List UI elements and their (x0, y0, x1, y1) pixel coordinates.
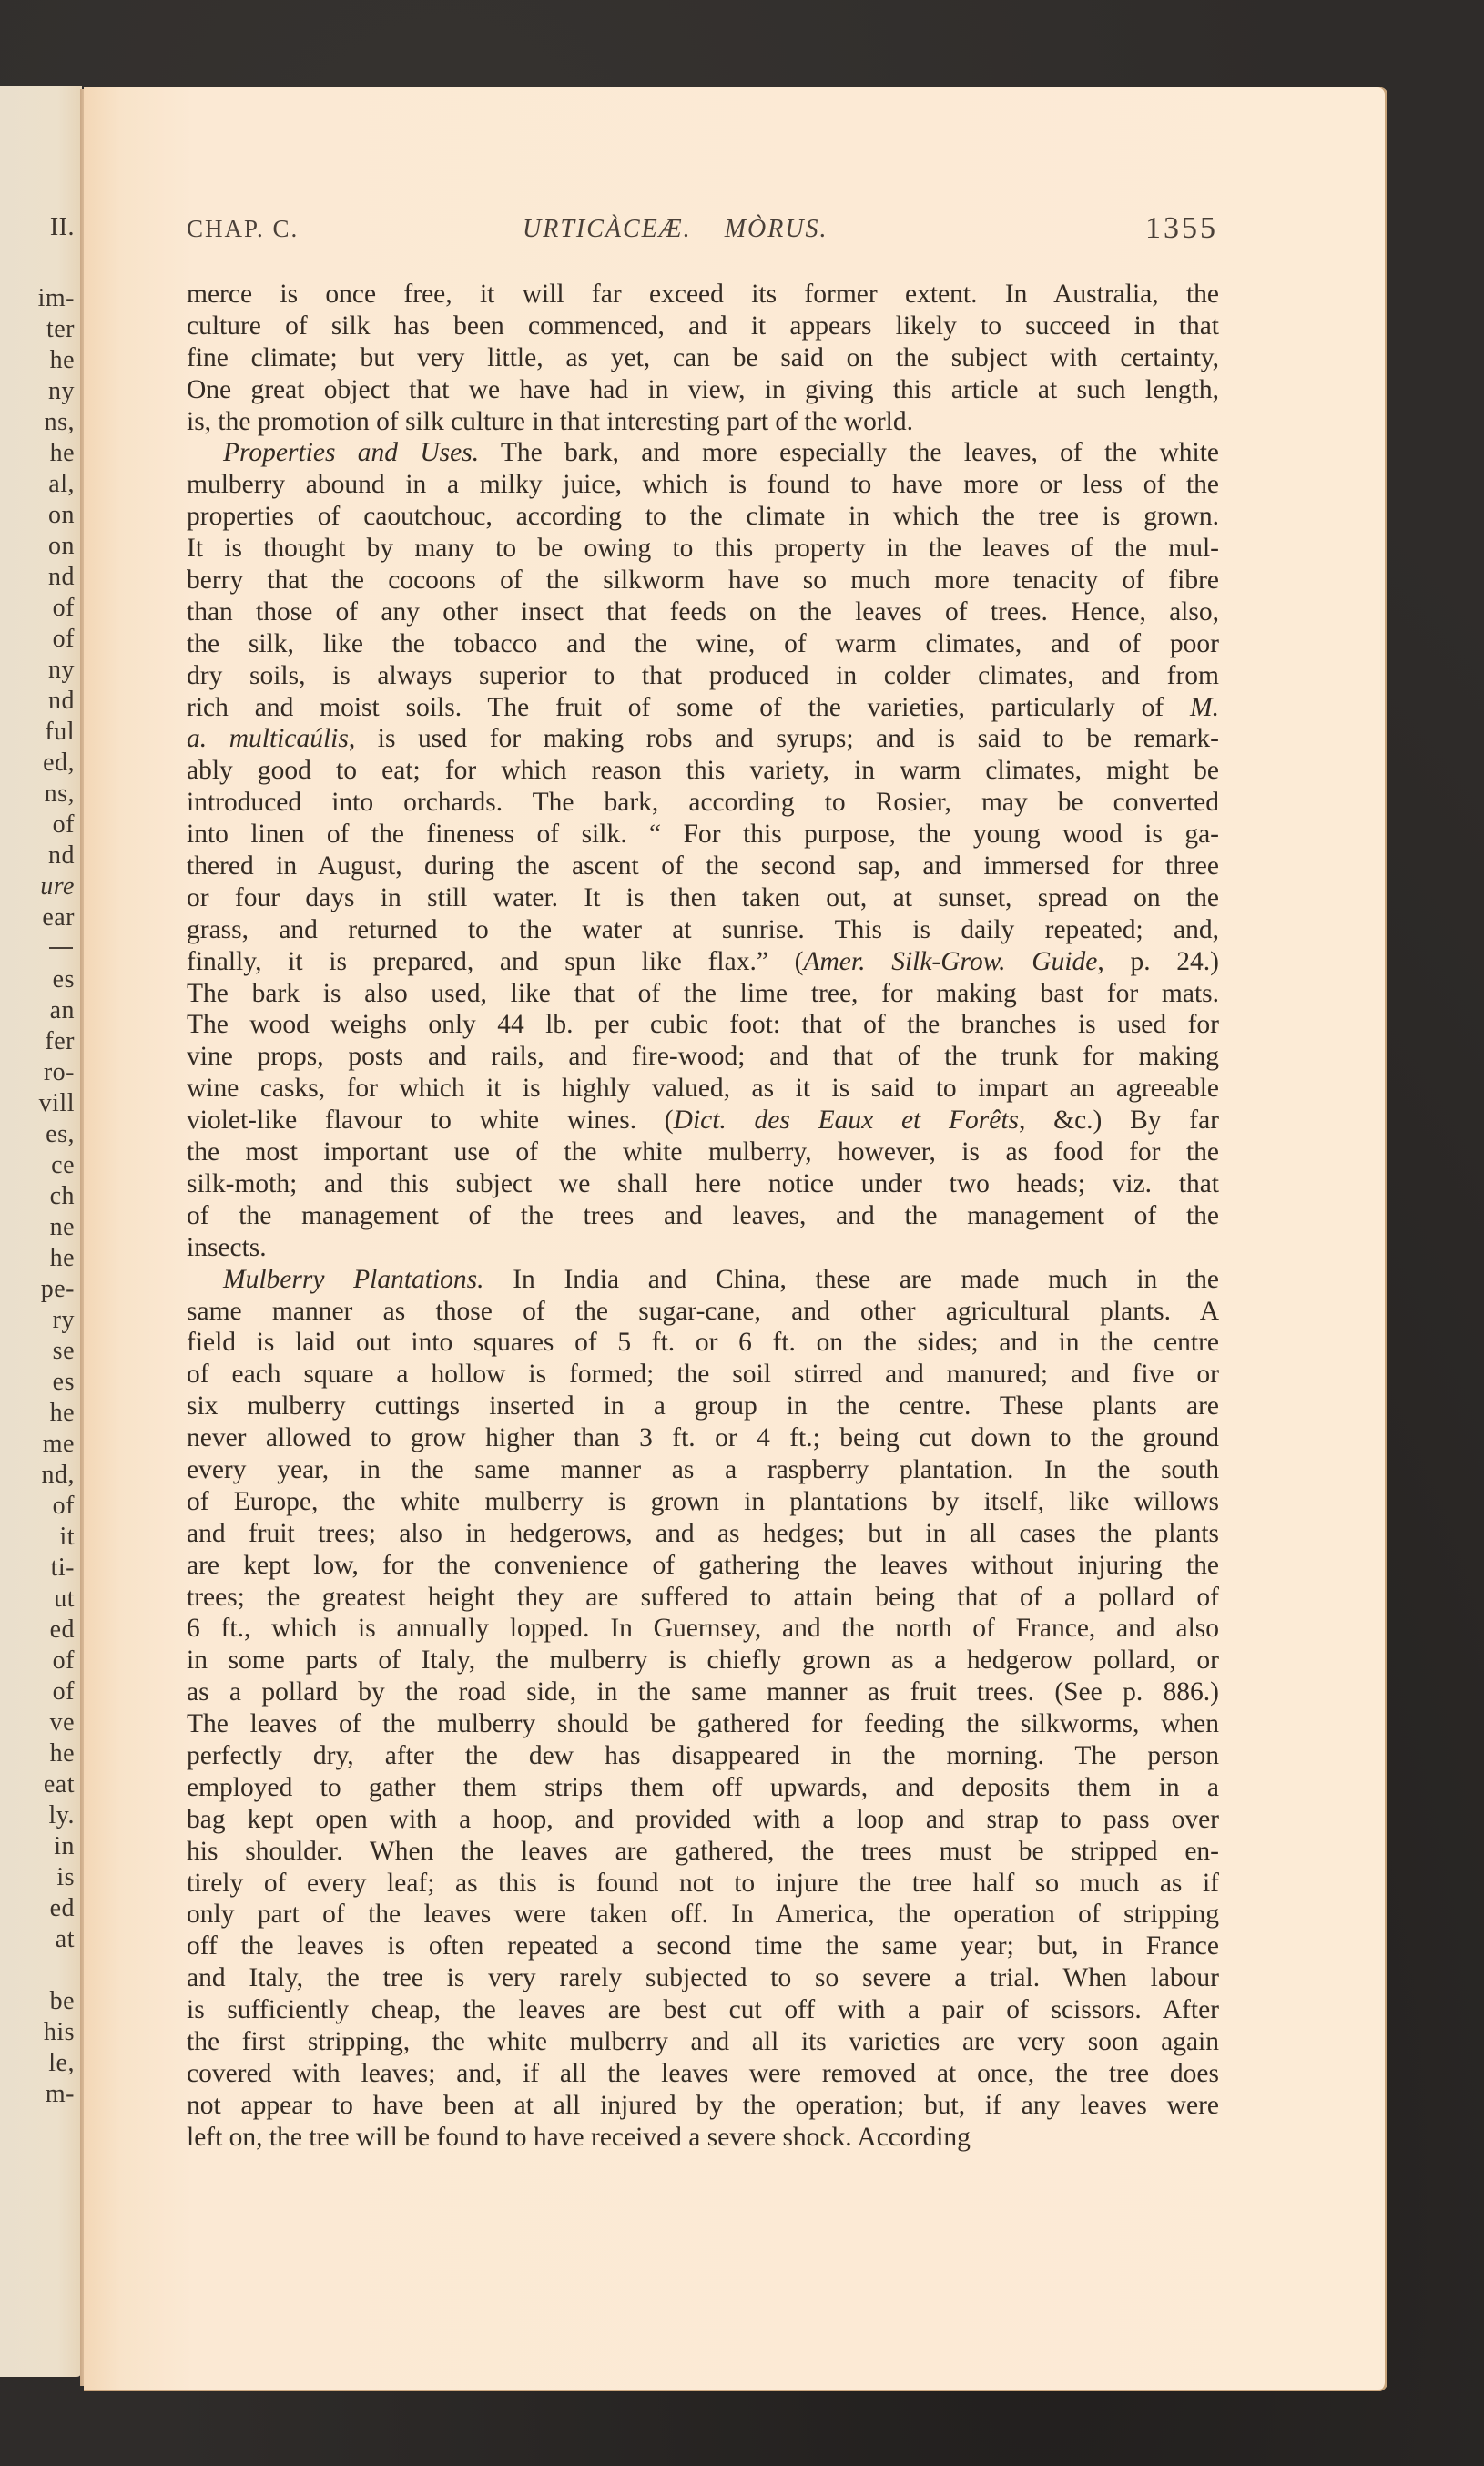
text-line: into linen of the fineness of silk. “ Fo… (187, 819, 1219, 851)
text-line: is sufficiently cheap, the leaves are be… (187, 1994, 1219, 2026)
text-line: insects. (187, 1232, 1219, 1264)
previous-page-line-fragment: it (59, 1523, 75, 1552)
previous-page-line-fragment: nd (48, 563, 75, 592)
text-line: vine props, posts and rails, and fire-wo… (187, 1041, 1219, 1073)
previous-page-line-fragment: ti- (51, 1554, 75, 1583)
text-line: off the leaves is often repeated a secon… (187, 1931, 1219, 1962)
paragraph: Mulberry Plantations. In India and China… (187, 1264, 1219, 2154)
text-line: ably good to eat; for which reason this … (187, 755, 1219, 787)
text-line: his shoulder. When the leaves are gather… (187, 1836, 1219, 1868)
previous-page-line-fragment: at (56, 1925, 75, 1954)
text-line: never allowed to grow higher than 3 ft. … (187, 1422, 1219, 1454)
previous-page-line-fragment: he (50, 1739, 75, 1768)
previous-page-line-fragment: of (53, 625, 75, 654)
text-line: field is laid out into squares of 5 ft. … (187, 1327, 1219, 1359)
text-line: grass, and returned to the water at sunr… (187, 914, 1219, 946)
text-line: of the management of the trees and leave… (187, 1200, 1219, 1232)
text-line: a. multicaúlis, is used for making robs … (187, 723, 1219, 755)
previous-page-line-fragment: es (53, 1368, 75, 1397)
running-title: URTICÀCEÆ. MÒRUS. (523, 215, 828, 244)
previous-page-line-fragment: nd, (42, 1461, 76, 1490)
previous-page-line-fragment: im- (38, 284, 75, 313)
text-line: bag kept open with a hoop, and provided … (187, 1804, 1219, 1836)
previous-page-line-fragment: ns, (45, 408, 75, 437)
book-page: CHAP. C. URTICÀCEÆ. MÒRUS. 1355 merce … (84, 87, 1387, 2391)
text-line: and Italy, the tree is very rarely subje… (187, 1962, 1219, 1994)
running-head: CHAP. C. URTICÀCEÆ. MÒRUS. 1355 (84, 215, 1387, 251)
chapter-label: CHAP. C. (187, 215, 299, 243)
text-line: rich and moist soils. The fruit of some … (187, 692, 1219, 724)
text-line: in some parts of Italy, the mulberry is … (187, 1645, 1219, 1676)
text-line: wine casks, for which it is highly value… (187, 1073, 1219, 1105)
text-line: introduced into orchards. The bark, acco… (187, 787, 1219, 819)
text-line: same manner as those of the sugar-cane, … (187, 1296, 1219, 1328)
previous-page-line-fragment: an (50, 996, 75, 1025)
text-line: 6 ft., which is annually lopped. In Guer… (187, 1613, 1219, 1645)
previous-page-line-fragment: ny (48, 656, 75, 685)
previous-page-line-fragment: se (53, 1337, 75, 1366)
text-line: tirely of every leaf; as this is found n… (187, 1868, 1219, 1900)
previous-page-line-fragment: ro- (44, 1058, 75, 1087)
text-line: not appear to have been at all injured b… (187, 2090, 1219, 2122)
text-line: only part of the leaves were taken off. … (187, 1899, 1219, 1931)
text-line: berry that the cocoons of the silkworm h… (187, 565, 1219, 596)
text-line: One great object that we have had in vie… (187, 374, 1219, 406)
text-line: trees; the greatest height they are suff… (187, 1582, 1219, 1614)
text-line: the most important use of the white mulb… (187, 1136, 1219, 1168)
body-text: merce is once free, it will far exceed i… (187, 279, 1219, 2154)
previous-page-line-fragment: ve (50, 1708, 75, 1737)
text-line: properties of caoutchouc, according to t… (187, 501, 1219, 533)
text-line: The leaves of the mulberry should be gat… (187, 1708, 1219, 1740)
previous-page-line-fragment: ry (53, 1306, 75, 1335)
previous-page-line-fragment: on (48, 532, 75, 561)
previous-page-line-fragment: ed, (43, 749, 75, 778)
section-lead: Mulberry Plantations. (223, 1265, 484, 1294)
previous-page-line-fragment: he (50, 1244, 75, 1273)
previous-page-line-fragment: ter (46, 315, 75, 344)
text-line: of Europe, the white mulberry is grown i… (187, 1486, 1219, 1518)
previous-page-line-fragment: ure (40, 872, 75, 902)
text-line: than those of any other insect that feed… (187, 596, 1219, 628)
text-line: thered in August, during the ascent of t… (187, 851, 1219, 882)
text-line: Mulberry Plantations. In India and China… (187, 1264, 1219, 1296)
previous-page-line-fragment: is (56, 1863, 75, 1892)
previous-page-line-fragment: he (50, 1399, 75, 1428)
previous-page-line-fragment: ful (45, 718, 75, 747)
text-line: culture of silk has been commenced, and … (187, 311, 1219, 342)
text-line: Properties and Uses. The bark, and more … (187, 437, 1219, 469)
text-line: mulberry abound in a milky juice, which … (187, 469, 1219, 501)
previous-page-edge: II.im-terhenyns,heal,ononndofofnyndfuled… (0, 86, 82, 2377)
previous-page-line-fragment: nd (48, 841, 75, 871)
previous-page-line-fragment: ed (50, 1615, 75, 1645)
text-line: six mulberry cuttings inserted in a grou… (187, 1391, 1219, 1422)
previous-page-text-fragments: II.im-terhenyns,heal,ononndofofnyndfuled… (0, 86, 80, 2129)
text-line: the silk, like the tobacco and the wine,… (187, 628, 1219, 660)
text-line: covered with leaves; and, if all the lea… (187, 2058, 1219, 2090)
text-line: fine climate; but very little, as yet, c… (187, 342, 1219, 374)
previous-page-line-fragment: m- (46, 2080, 75, 2109)
previous-page-line-fragment: of (53, 594, 75, 623)
previous-page-line-fragment: ce (51, 1151, 75, 1180)
text-line: of each square a hollow is formed; the s… (187, 1359, 1219, 1391)
previous-page-line-fragment: me (43, 1430, 75, 1459)
family-name: URTICÀCEÆ. (523, 215, 692, 243)
previous-page-line-fragment: ns, (45, 780, 75, 809)
previous-page-line-fragment: ch (50, 1182, 75, 1211)
previous-page-line-fragment: al, (48, 470, 75, 499)
text-line: violet-like flavour to white wines. (Dic… (187, 1105, 1219, 1136)
page-number: 1355 (1145, 211, 1218, 246)
text-line: the first stripping, the white mulberry … (187, 2026, 1219, 2058)
text-line: employed to gather them strips them off … (187, 1772, 1219, 1804)
text-line: The wood weighs only 44 lb. per cubic fo… (187, 1009, 1219, 1041)
text-line: merce is once free, it will far exceed i… (187, 279, 1219, 311)
previous-page-line-fragment: le, (48, 2049, 75, 2078)
previous-page-line-fragment: of (53, 1646, 75, 1676)
previous-page-line-fragment: ed (50, 1894, 75, 1923)
previous-page-header-fragment: II. (50, 213, 75, 242)
text-line: left on, the tree will be found to have … (187, 2122, 1219, 2154)
previous-page-line-fragment: his (44, 2018, 75, 2047)
text-line: as a pollard by the road side, in the sa… (187, 1676, 1219, 1708)
paragraph: Properties and Uses. The bark, and more … (187, 437, 1219, 1263)
previous-page-line-fragment: he (50, 439, 75, 468)
previous-page-line-fragment: ut (54, 1585, 75, 1614)
text-line: silk-moth; and this subject we shall her… (187, 1168, 1219, 1200)
previous-page-line-fragment: ear (42, 903, 75, 932)
previous-page-line-fragment: in (54, 1832, 75, 1861)
previous-page-line-fragment: eat (44, 1770, 75, 1799)
previous-page-line-fragment: es, (46, 1120, 75, 1149)
previous-page-line-fragment: of (53, 810, 75, 840)
genus-name: MÒRUS. (725, 215, 828, 243)
section-lead: Properties and Uses. (223, 438, 479, 467)
text-line: dry soils, is always superior to that pr… (187, 660, 1219, 692)
previous-page-line-fragment: of (53, 1492, 75, 1521)
text-line: finally, it is prepared, and spun like f… (187, 946, 1219, 978)
text-line: perfectly dry, after the dew has disappe… (187, 1740, 1219, 1772)
previous-page-line-fragment: ny (48, 377, 75, 406)
previous-page-line-fragment: be (50, 1987, 75, 2016)
previous-page-line-fragment: es (53, 965, 75, 994)
text-line: or four days in still water. It is then … (187, 882, 1219, 914)
section-rule (49, 947, 73, 949)
text-line: is, the promotion of silk culture in tha… (187, 406, 1219, 438)
previous-page-line-fragment: he (50, 346, 75, 375)
previous-page-line-fragment: nd (48, 687, 75, 716)
previous-page-line-fragment: of (53, 1677, 75, 1707)
paragraph: merce is once free, it will far exceed i… (187, 279, 1219, 437)
previous-page-line-fragment: on (48, 501, 75, 530)
text-line: The bark is also used, like that of the … (187, 978, 1219, 1010)
text-line: and fruit trees; also in hedgerows, and … (187, 1518, 1219, 1550)
previous-page-line-fragment: pe- (41, 1275, 75, 1304)
text-line: It is thought by many to be owing to thi… (187, 533, 1219, 565)
text-line: every year, in the same manner as a rasp… (187, 1454, 1219, 1486)
text-line: are kept low, for the convenience of gat… (187, 1550, 1219, 1582)
previous-page-line-fragment: vill (39, 1089, 75, 1118)
previous-page-line-fragment: fer (45, 1027, 75, 1056)
previous-page-line-fragment: ne (50, 1213, 75, 1242)
previous-page-line-fragment: ly. (49, 1801, 75, 1830)
